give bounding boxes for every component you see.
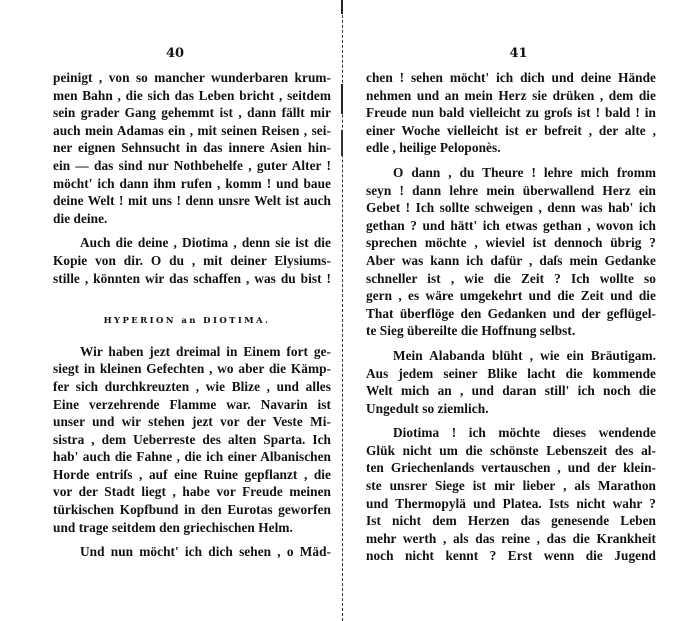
paragraph: Wir haben jezt dreimal in Einem fort ge-… <box>53 343 331 537</box>
text-line: die deine. <box>53 210 331 228</box>
paragraph: Mein Alabanda blüht , wie ein Bräutigam.… <box>366 347 656 417</box>
text-line: Freude nun bald vielleicht zu groſs ist … <box>366 104 656 122</box>
text-line: gethan ? und hätt' ich etwas gethan , wo… <box>366 217 656 235</box>
text-line: Kopie von dir. O du , mit deiner Elysium… <box>53 252 331 270</box>
text-line: siegt in kleinen Gefechten , wo aber die… <box>53 360 331 378</box>
text-line: gern , es wäre umgekehrt und die Zeit un… <box>366 287 656 305</box>
text-line: schneller ist , wie die Zeit ? Ich wollt… <box>366 270 656 288</box>
text-line: te Sieg übereilte die Hoffnung selbst. <box>366 322 656 340</box>
text-line: sprechen möchte , wieviel ist dennoch üb… <box>366 234 656 252</box>
text-line: sein grader Gang gehemmt ist , dann fäll… <box>53 104 331 122</box>
text-line: ein — das sind nur Nothbehelfe , guter A… <box>53 157 331 175</box>
text-line: fer sich durchkreuzten , wie Blize , und… <box>53 378 331 396</box>
paragraph: O dann , du Theure ! lehre mich fromm se… <box>366 164 656 340</box>
text-line: Auch die deine , Diotima , denn sie ist … <box>53 234 331 252</box>
text-line: nehmen und an mein Herz sie drüken , dem… <box>366 87 656 105</box>
text-line: ten Griechenlands vertauschen , und der … <box>366 459 656 477</box>
gutter-shadow <box>341 84 343 114</box>
text-line: ner eignen Sehnsucht in das innere Asien… <box>53 139 331 157</box>
text-line: O dann , du Theure ! lehre mich fromm <box>366 164 656 182</box>
text-line: Mein Alabanda blüht , wie ein Bräutigam. <box>366 347 656 365</box>
text-line: auch mein Adamas ein , mit seinen Reisen… <box>53 122 331 140</box>
paragraph: chen ! sehen möcht' ich dich und deine H… <box>366 69 656 157</box>
text-line: chen ! sehen möcht' ich dich und deine H… <box>366 69 656 87</box>
text-line: Diotima ! ich möchte dieses wendende <box>366 424 656 442</box>
text-line: einer Woche vielleicht ist er befreit , … <box>366 122 656 140</box>
text-line: Wir haben jezt dreimal in Einem fort ge- <box>53 343 331 361</box>
paragraph: Auch die deine , Diotima , denn sie ist … <box>53 234 331 287</box>
text-line: noch nicht kennt ? Erst wenn die Jugend <box>366 547 656 565</box>
page-number-right: 41 <box>347 46 690 61</box>
gutter-shadow <box>341 130 343 156</box>
text-line: türkischen Kopfbund in den Eurotas gewor… <box>53 501 331 519</box>
text-line: hab' auch die Fahne , die ich einer Alba… <box>53 448 331 466</box>
text-line: Glük nicht um die schönste Lebenszeit de… <box>366 442 656 460</box>
text-line: deine Welt ! mit uns ! denn unsre Welt i… <box>53 192 331 210</box>
text-line: That überflöge den Gedanken und der gefl… <box>366 305 656 323</box>
text-line: Eine verzehrende Flamme war. Navarin ist <box>53 396 331 414</box>
text-line: sistra , dem Ueberreste des alten Sparta… <box>53 431 331 449</box>
right-page-text: chen ! sehen möcht' ich dich und deine H… <box>366 69 656 565</box>
paragraph: Diotima ! ich möchte dieses wendende Glü… <box>366 424 656 565</box>
gutter-shadow <box>341 0 343 14</box>
right-page: 41 chen ! sehen möcht' ich dich und dein… <box>355 0 698 621</box>
text-line: Aber was kann ich dafür , daſs mein Geda… <box>366 252 656 270</box>
paragraph: Und nun möcht' ich dich sehen , o Mäd- <box>53 543 331 561</box>
text-line: vor der Stadt liegt , habe vor Freude me… <box>53 483 331 501</box>
left-page-text: peinigt , von so mancher wunderbaren kru… <box>53 69 331 561</box>
text-line: Ist nicht dem Herzen das genesende Leben <box>366 512 656 530</box>
text-line: stille , könnten wir das schaffen , was … <box>53 270 331 288</box>
letter-heading: HYPERION an DIOTIMA. <box>53 313 331 331</box>
text-line: men Bahn , die sich das Leben bricht , s… <box>53 87 331 105</box>
left-page: 40 peinigt , von so mancher wunderbaren … <box>0 0 340 621</box>
text-line: möcht' ich dann ihm rufen , komm ! und b… <box>53 175 331 193</box>
page-number-left: 40 <box>0 46 350 61</box>
text-line: unser und wir stehen jezt vor der Veste … <box>53 413 331 431</box>
paragraph: peinigt , von so mancher wunderbaren kru… <box>53 69 331 227</box>
text-line: Ungedult so ziemlich. <box>366 400 656 418</box>
text-line: edle , heilige Peloponès. <box>366 139 656 157</box>
text-line: Gebet ! Ich sollte schweigen , denn was … <box>366 199 656 217</box>
text-line: peinigt , von so mancher wunderbaren kru… <box>53 69 331 87</box>
text-line: seyn ! dann lehre mein überwallend Herz … <box>366 182 656 200</box>
text-line: und trage seitdem den griechischen Helm. <box>53 519 331 537</box>
text-line: ste unsrer Siege ist mir lieber , als Ma… <box>366 477 656 495</box>
text-line: Welt mich an , und daran still' ich noch… <box>366 382 656 400</box>
text-line: Und nun möcht' ich dich sehen , o Mäd- <box>53 543 331 561</box>
text-line: Aus jedem seiner Blike lacht die kommend… <box>366 365 656 383</box>
text-line: Horde entriſs , auf eine Ruine gepflanzt… <box>53 466 331 484</box>
text-line: mehr werth , als das reine , das die Kra… <box>366 530 656 548</box>
text-line: und Thermopylä und Platea. Ists nicht wa… <box>366 495 656 513</box>
